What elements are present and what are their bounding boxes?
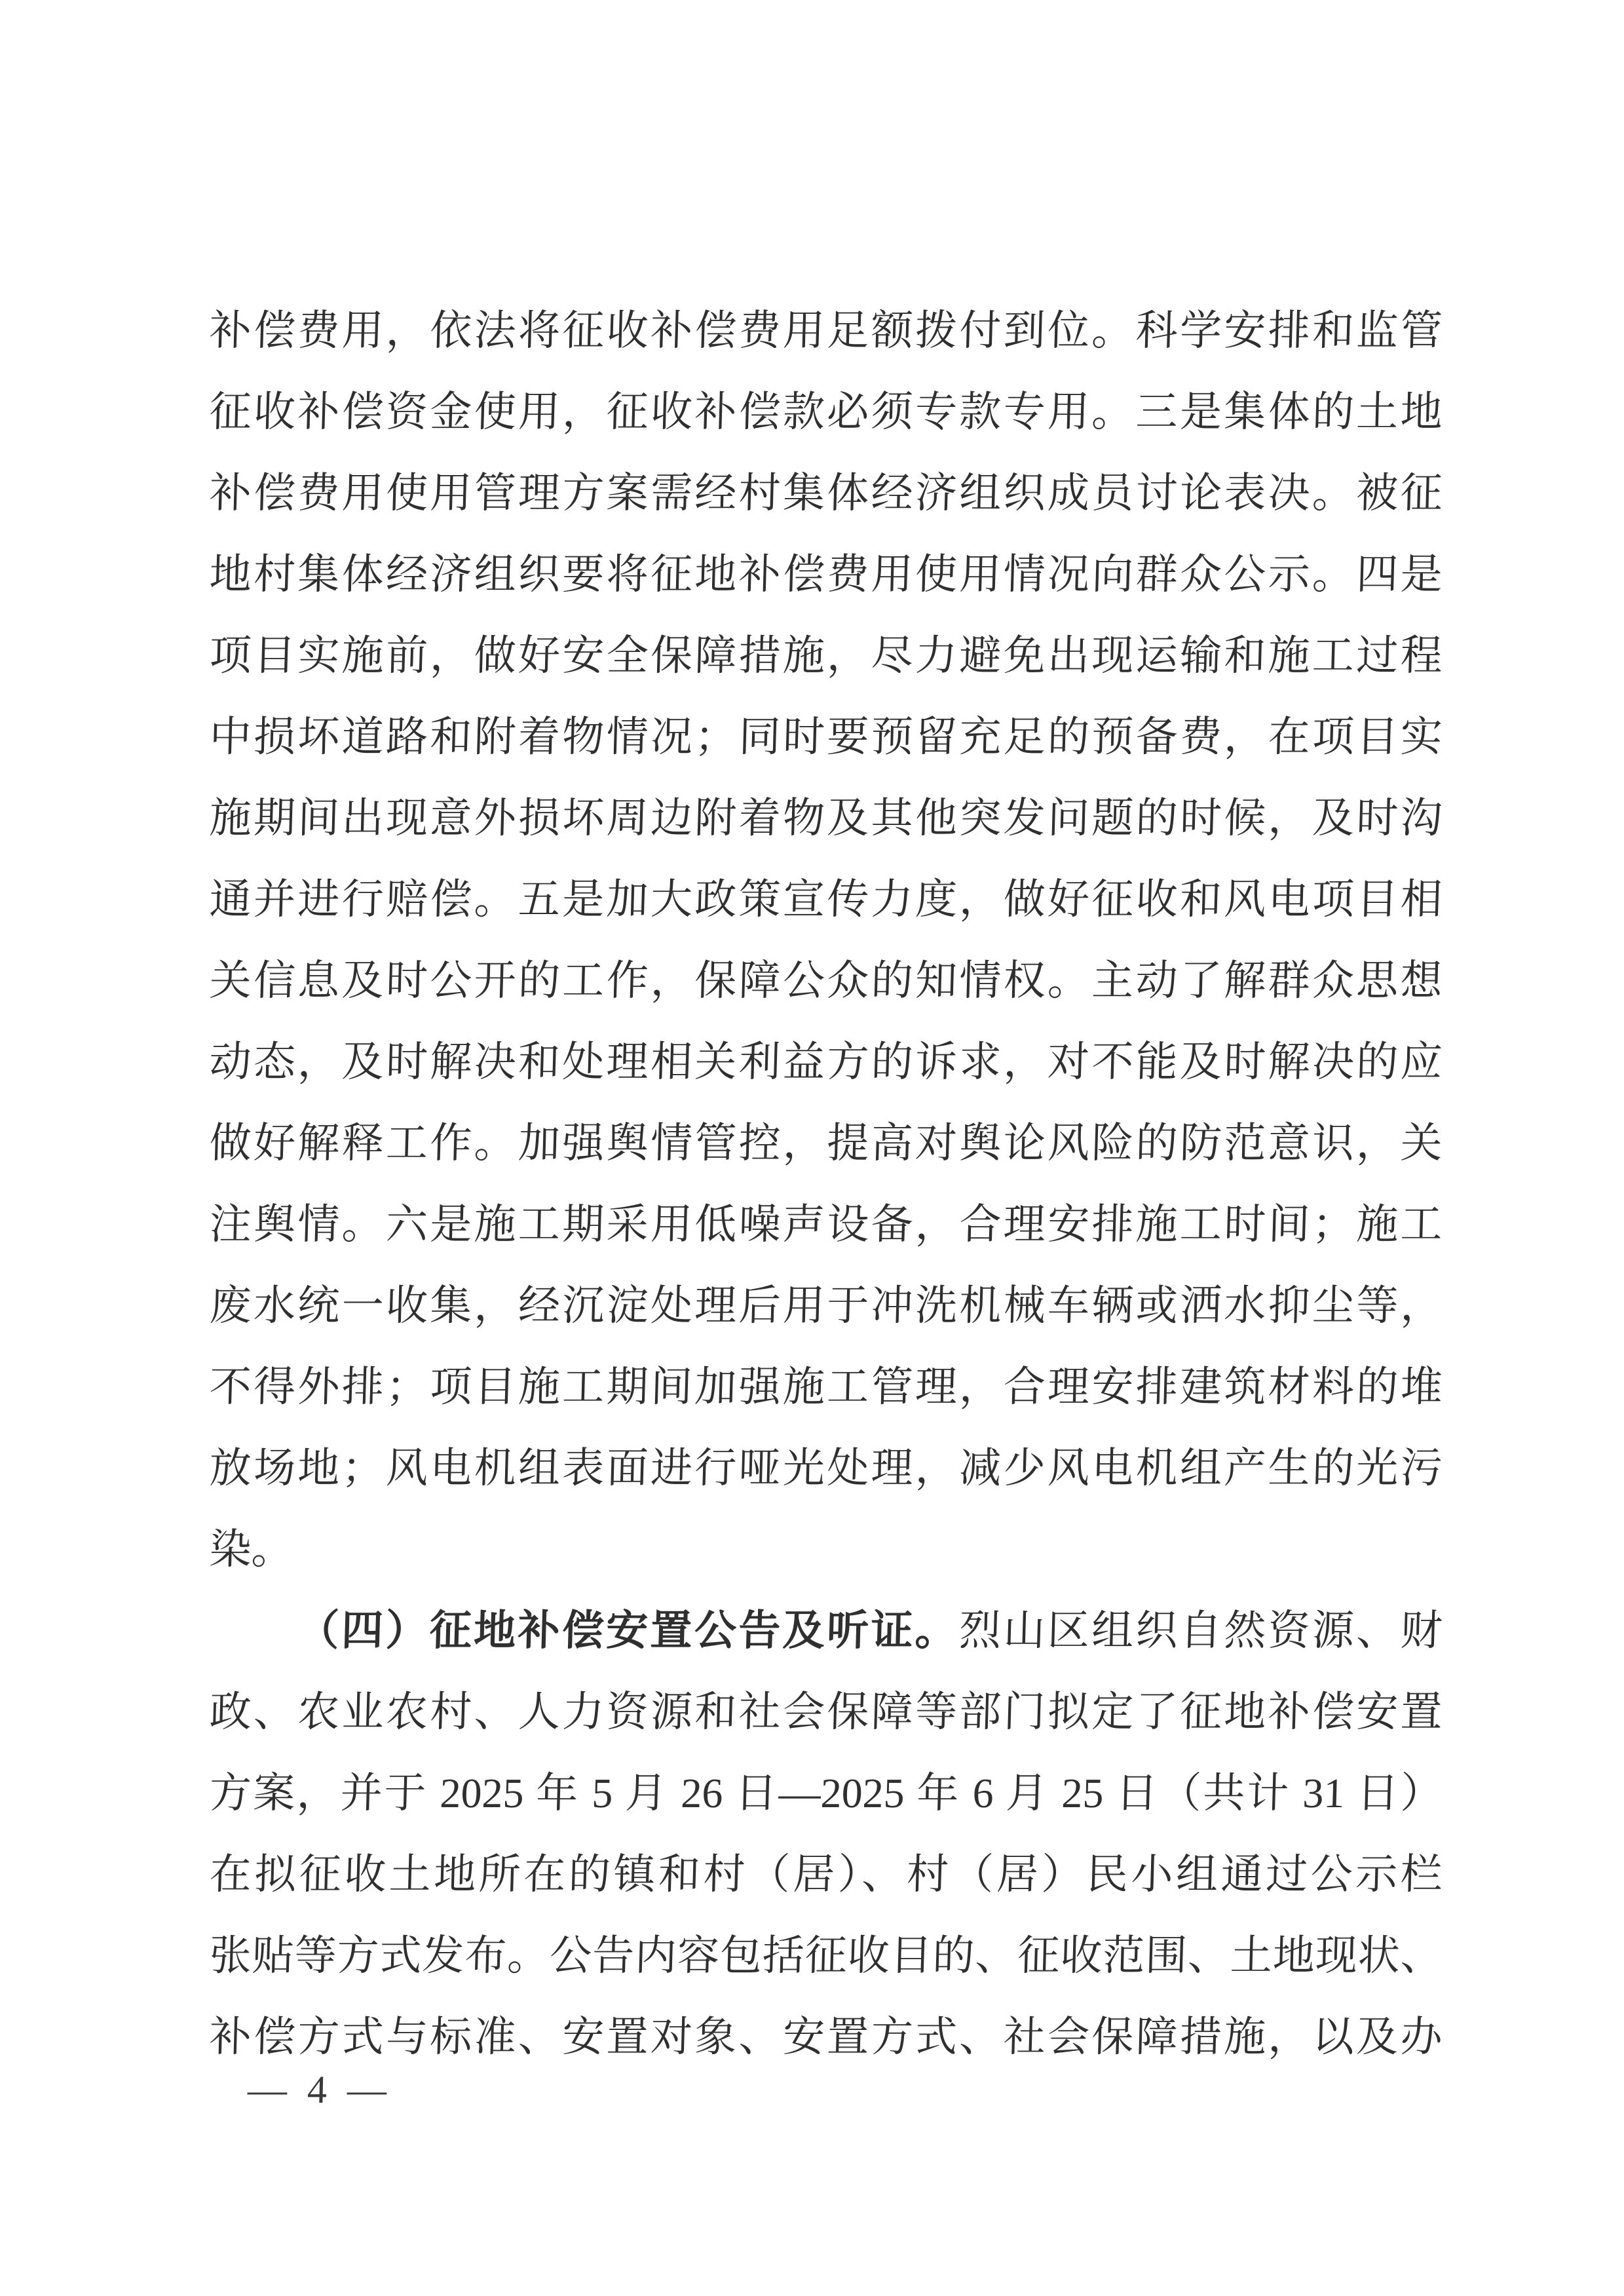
text-line: （四）征地补偿安置公告及听证。烈山区组织自然资源、财 xyxy=(208,1590,1443,1672)
text-line: 补偿费用使用管理方案需经村集体经济组织成员讨论表决。被征 xyxy=(208,453,1443,534)
body-text-segment: 染。 xyxy=(209,1526,294,1573)
body-text-segment: 放场地；风电机组表面进行哑光处理，减少风电机组产生的光污 xyxy=(209,1445,1443,1491)
body-text-segment: 不得外排；项目施工期间加强施工管理，合理安排建筑材料的堆 xyxy=(209,1364,1443,1410)
body-text-segment: 方案，并于 2025 年 5 月 26 日—2025 年 6 月 25 日（共计… xyxy=(209,1770,1443,1816)
text-line: 在拟征收土地所在的镇和村（居）、村（居）民小组通过公示栏 xyxy=(208,1834,1443,1915)
text-line: 中损坏道路和附着物情况；同时要预留充足的预备费，在项目实 xyxy=(208,697,1443,778)
section-heading-inline: （四）征地补偿安置公告及听证。 xyxy=(297,1607,960,1654)
body-text-segment: 中损坏道路和附着物情况；同时要预留充足的预备费，在项目实 xyxy=(209,714,1443,760)
body-text-segment: 补偿方式与标准、安置对象、安置方式、社会保障措施，以及办 xyxy=(209,2014,1443,2060)
page-number: — 4 — xyxy=(247,2069,387,2110)
text-line: 动态，及时解决和处理相关利益方的诉求，对不能及时解决的应 xyxy=(208,1022,1443,1103)
text-line: 补偿方式与标准、安置对象、安置方式、社会保障措施，以及办 xyxy=(208,1997,1443,2078)
body-text-segment: 施期间出现意外损坏周边附着物及其他突发问题的时候，及时沟 xyxy=(209,795,1443,841)
body-text-segment: 关信息及时公开的工作，保障公众的知情权。主动了解群众思想 xyxy=(209,957,1443,1004)
text-line: 通并进行赔偿。五是加大政策宣传力度，做好征收和风电项目相 xyxy=(208,859,1443,940)
body-text-segment: 项目实施前，做好安全保障措施，尽力避免出现运输和施工过程 xyxy=(209,632,1443,679)
text-line: 关信息及时公开的工作，保障公众的知情权。主动了解群众思想 xyxy=(208,940,1443,1022)
body-text-segment: 在拟征收土地所在的镇和村（居）、村（居）民小组通过公示栏 xyxy=(209,1851,1443,1898)
text-line: 补偿费用，依法将征收补偿费用足额拨付到位。科学安排和监管 xyxy=(208,290,1443,372)
body-text-segment: 征收补偿资金使用，征收补偿款必须专款专用。三是集体的土地 xyxy=(209,389,1443,435)
body-text-segment: 烈山区组织自然资源、财 xyxy=(958,1607,1443,1654)
text-line: 染。 xyxy=(208,1509,1443,1590)
text-line: 政、农业农村、人力资源和社会保障等部门拟定了征地补偿安置 xyxy=(208,1672,1443,1753)
body-text-segment: 补偿费用，依法将征收补偿费用足额拨付到位。科学安排和监管 xyxy=(209,307,1443,354)
text-line: 张贴等方式发布。公告内容包括征收目的、征收范围、土地现状、 xyxy=(208,1915,1443,1997)
text-line: 废水统一收集，经沉淀处理后用于冲洗机械车辆或洒水抑尘等， xyxy=(208,1265,1443,1347)
text-line: 地村集体经济组织要将征地补偿费用使用情况向群众公示。四是 xyxy=(208,534,1443,615)
text-line: 方案，并于 2025 年 5 月 26 日—2025 年 6 月 25 日（共计… xyxy=(208,1753,1443,1834)
text-line: 项目实施前，做好安全保障措施，尽力避免出现运输和施工过程 xyxy=(208,615,1443,697)
text-line: 施期间出现意外损坏周边附着物及其他突发问题的时候，及时沟 xyxy=(208,778,1443,859)
body-text-segment: 通并进行赔偿。五是加大政策宣传力度，做好征收和风电项目相 xyxy=(209,876,1443,923)
body-text-segment: 补偿费用使用管理方案需经村集体经济组织成员讨论表决。被征 xyxy=(209,470,1443,516)
body-text-segment: 废水统一收集，经沉淀处理后用于冲洗机械车辆或洒水抑尘等， xyxy=(209,1282,1443,1329)
text-line: 不得外排；项目施工期间加强施工管理，合理安排建筑材料的堆 xyxy=(208,1347,1443,1428)
body-text-segment: 动态，及时解决和处理相关利益方的诉求，对不能及时解决的应 xyxy=(209,1039,1443,1085)
body-text: 补偿费用，依法将征收补偿费用足额拨付到位。科学安排和监管征收补偿资金使用，征收补… xyxy=(208,290,1441,2078)
text-line: 做好解释工作。加强舆情管控，提高对舆论风险的防范意识，关 xyxy=(208,1103,1443,1184)
body-text-segment: 张贴等方式发布。公告内容包括征收目的、征收范围、土地现状、 xyxy=(209,1932,1443,1979)
body-text-segment: 注舆情。六是施工期采用低噪声设备，合理安排施工时间；施工 xyxy=(209,1201,1443,1248)
text-line: 注舆情。六是施工期采用低噪声设备，合理安排施工时间；施工 xyxy=(208,1184,1443,1265)
document-page: 补偿费用，依法将征收补偿费用足额拨付到位。科学安排和监管征收补偿资金使用，征收补… xyxy=(0,0,1624,2296)
text-line: 征收补偿资金使用，征收补偿款必须专款专用。三是集体的土地 xyxy=(208,372,1443,453)
body-text-segment: 地村集体经济组织要将征地补偿费用使用情况向群众公示。四是 xyxy=(209,551,1443,598)
text-line: 放场地；风电机组表面进行哑光处理，减少风电机组产生的光污 xyxy=(208,1428,1443,1509)
body-text-segment: 政、农业农村、人力资源和社会保障等部门拟定了征地补偿安置 xyxy=(209,1689,1443,1735)
body-text-segment: 做好解释工作。加强舆情管控，提高对舆论风险的防范意识，关 xyxy=(209,1120,1443,1166)
